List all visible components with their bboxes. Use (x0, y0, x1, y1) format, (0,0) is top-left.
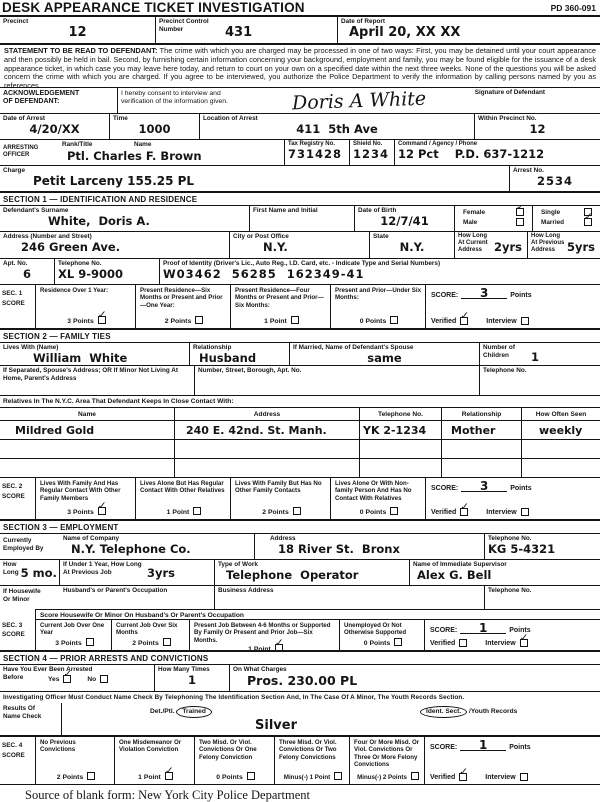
sec1-option-1-checkbox: ✓ (98, 316, 106, 324)
sec2-option-1-checkbox: ✓ (98, 507, 106, 515)
desk-appearance-ticket-form: DESK APPEARANCE TICKET INVESTIGATION PD … (0, 0, 600, 802)
sec4-option-2: One Misdemeanor Or Violation Conviction … (115, 737, 195, 784)
sec2-telephone-label: Telephone No. (483, 367, 597, 375)
sec2-option-1: Lives With Family And Has Regular Contac… (36, 478, 136, 519)
sec2-option-4-checkbox (390, 507, 398, 515)
source-note: Source of blank form: New York City Poli… (0, 785, 600, 802)
arrested-yes-checkbox: ✓ (63, 675, 71, 683)
relationship-value: Husband (199, 352, 286, 365)
relationship-cell: Relationship Husband (190, 343, 290, 365)
employer-phone-cell: Telephone No. KG 5-4321 (485, 534, 600, 559)
type-of-work-cell: Type of Work Telephone Operator (215, 560, 410, 585)
section2-family-row: Lives With (Name) William White Relation… (0, 343, 600, 366)
sec3-interview-checkbox: ✓ (520, 639, 528, 647)
business-address-cell: Business Address (215, 586, 485, 609)
relative-phone: YK 2-1234 (363, 425, 438, 437)
married-checkbox: ✓ (584, 218, 592, 226)
previous-address-duration-label: How Long At Previous Address (531, 233, 565, 257)
children-label: Number of Children (483, 344, 525, 364)
section4-arrested-row: Have You Ever Been ArrestedBefore Yes ✓ … (0, 665, 600, 692)
section4-header: SECTION 4 — PRIOR ARRESTS AND CONVICTION… (0, 652, 600, 665)
signature-label: Signature of Defendant (475, 89, 545, 96)
sec1-option-2: Present Residence—Six Months or Present … (136, 285, 231, 328)
date-of-arrest-cell: Date of Arrest 4/20/XX (0, 114, 110, 139)
relatives-name-header: Name (0, 408, 175, 420)
previous-job-cell: If Under 1 Year, How Long At Previous Jo… (60, 560, 215, 585)
how-long-cell: How Long 5 mo. (0, 560, 60, 585)
officer-name-value: Ptl. Charles F. Brown (67, 150, 281, 163)
relatives-table-header: Name Address Telephone No. Relationship … (0, 408, 600, 421)
ident-sect-circled: Ident. Sect. (420, 706, 467, 718)
how-long-label: How Long (3, 561, 19, 584)
agency-phone-value: P.D. 637-1212 (455, 148, 544, 161)
employer-phone-value: KG 5-4321 (488, 543, 597, 556)
sec2-score-label-cell: SEC. 2SCORE (0, 478, 36, 519)
charge-cell: Charge Petit Larceny 155.25 PL (0, 166, 510, 191)
arresting-officer-row: ARRESTING OFFICER Rank/Title Name Ptl. C… (0, 140, 600, 166)
precinct-value: 12 (3, 26, 152, 40)
precinct-control-value: 431 (225, 26, 252, 42)
sec3-score-value: 1 (460, 623, 506, 634)
form-title: DESK APPEARANCE TICKET INVESTIGATION (0, 0, 547, 15)
surname-cell: Defendant's Surname White, Doris A. (0, 206, 250, 231)
apt-no-cell: Apt. No. 6 (0, 259, 55, 284)
sec4-option-4-checkbox (334, 772, 342, 780)
consent-text-cell: I hereby consent to interview and verifi… (118, 88, 278, 113)
housewife-score-bar-row: Score Housewife Or Minor On Husband's Or… (0, 609, 600, 620)
sec1-option-3-checkbox (291, 316, 299, 324)
yes-label: Yes (48, 676, 59, 683)
sec2-option-3-checkbox (293, 507, 301, 515)
section3-employer-row: CurrentlyEmployed By Name of Company N.Y… (0, 534, 600, 560)
no-label: No (87, 676, 96, 683)
how-many-times-value: 1 (158, 674, 226, 687)
employer-address-value: 18 River St. Bronx (278, 543, 481, 556)
relatives-caption: Relatives In The N.Y.C. Area That Defend… (0, 396, 600, 408)
location-of-arrest-cell: Location of Arrest 411 5th Ave (200, 114, 475, 139)
section3-housewife-row: If HousewifeOr Minor Husband's or Parent… (0, 586, 600, 609)
sec1-interview-checkbox (521, 317, 529, 325)
sec1-verified-checkbox: ✓ (460, 317, 468, 325)
business-phone-cell: Telephone No. (485, 586, 600, 609)
sec2-option-3: Lives With Family But Has No Other Famil… (231, 478, 331, 519)
form-number: PD 360-091 (547, 3, 600, 15)
single-label: Single (541, 209, 560, 216)
lives-with-value: William White (33, 352, 186, 365)
section2-header: SECTION 2 — FAMILY TIES (0, 330, 600, 343)
relative-name: Mildred Gold (15, 425, 171, 437)
within-precinct-value: 12 (478, 123, 597, 136)
sec2-option-2-checkbox (193, 507, 201, 515)
charge-row: Charge Petit Larceny 155.25 PL Arrest No… (0, 166, 600, 193)
separated-address-cell: If Separated, Spouse's Address; OR If Mi… (0, 366, 195, 395)
sec4-option-3-checkbox (247, 772, 255, 780)
housewife-score-bar: Score Housewife Or Minor On Husband's Or… (36, 609, 600, 620)
married-option: Married ✓ (539, 217, 594, 227)
business-phone-label: Telephone No. (488, 587, 597, 595)
relatives-relationship-header: Relationship (442, 408, 522, 420)
arrest-no-cell: Arrest No. 2534 (510, 166, 600, 191)
proof-of-identity-value: W03462 56285 162349-41 (163, 268, 597, 281)
sec2-score-value: 3 (461, 481, 507, 492)
relative-seen: weekly (539, 425, 597, 437)
parent-occupation-label: Husband's or Parent's Occupation (63, 587, 211, 595)
relatives-address-header: Address (175, 408, 360, 420)
sec3-option-3: Present Job Between 4-6 Months or Suppor… (190, 620, 340, 650)
current-address-duration-cell: How Long At Current Address 2yrs (455, 232, 528, 258)
sec4-option-5-checkbox (411, 772, 419, 780)
dob-cell: Date of Birth 12/7/41 (355, 206, 455, 231)
sec1-label: SEC. 1 (2, 290, 22, 297)
street-borough-label: Number, Street, Borough, Apt. No. (198, 367, 476, 375)
charges-value: Pros. 230.00 PL (247, 674, 597, 688)
sec4-verified-checkbox: ✓ (459, 773, 467, 781)
relatives-phone-header: Telephone No. (360, 408, 442, 420)
relatives-row-3 (0, 459, 600, 478)
how-long-value: 5 mo. (21, 567, 57, 584)
section1-address-row: Address (Number and Street) 246 Green Av… (0, 232, 600, 259)
proof-of-identity-cell: Proof of Identity (Driver's Lic., Auto R… (160, 259, 600, 284)
address-cell: Address (Number and Street) 246 Green Av… (0, 232, 230, 258)
sec2-verified-checkbox: ✓ (460, 508, 468, 516)
female-option: Female ✓ (461, 207, 526, 217)
first-name-label: First Name and Initial (253, 207, 351, 215)
statement-lead: STATEMENT TO BE READ TO DEFENDANT: (4, 46, 157, 55)
arresting-officer-label-1: ARRESTING (3, 145, 49, 152)
street-borough-cell: Number, Street, Borough, Apt. No. (195, 366, 480, 395)
section3-header: SECTION 3 — EMPLOYMENT (0, 521, 600, 534)
children-cell: Number of Children 1 (480, 343, 600, 365)
time-cell: Time 1000 (110, 114, 200, 139)
currently-employed-label-cell: CurrentlyEmployed By (0, 534, 60, 559)
acknowledgement-label-2: OF DEFENDANT: (3, 98, 114, 106)
sec4-interview-checkbox (520, 773, 528, 781)
time-value: 1000 (113, 123, 196, 136)
sec4-score-cell: SCORE:1Points Verified ✓ Interview (425, 737, 600, 784)
precinct-cell: Precinct 12 (0, 17, 156, 43)
precinct-control-label: Precinct Control Number (159, 18, 217, 42)
sec3-option-3-checkbox: ✓ (275, 644, 283, 652)
arrested-no-checkbox (100, 675, 108, 683)
date-of-report-value: April 20, XX XX (349, 26, 597, 40)
male-checkbox (516, 218, 524, 226)
supervisor-value: Alex G. Bell (417, 569, 597, 582)
section3-job-row: How Long 5 mo. If Under 1 Year, How Long… (0, 560, 600, 586)
charges-cell: On What Charges Pros. 230.00 PL (230, 665, 600, 691)
within-precinct-cell: Within Precinct No. 12 (475, 114, 600, 139)
sec4-option-4: Three Misd. Or Viol. Convictions Or Two … (275, 737, 350, 784)
sec3-option-1: Current Job Over One Year 3 Points (36, 620, 112, 650)
results-label-cell: Results OfName Check (0, 703, 62, 735)
city-value: N.Y. (263, 241, 366, 254)
business-address-label: Business Address (218, 587, 481, 595)
relative-address: 240 E. 42nd. St. Manh. (186, 425, 356, 437)
spouse-name-value: same (293, 352, 476, 365)
section1-name-row: Defendant's Surname White, Doris A. Firs… (0, 206, 600, 232)
signature-cell: Signature of Defendant Doris A White (278, 88, 600, 113)
sec1-option-4-checkbox (390, 316, 398, 324)
sec2-option-2: Lives Alone But Has Regular Contact With… (136, 478, 231, 519)
name-check-result-value: Silver (255, 719, 297, 733)
sec1-option-4: Present and Prior—Under Six Months: 0 Po… (331, 285, 426, 328)
sec4-option-5: Four Or More Misd. Or Viol. Convictions … (350, 737, 425, 784)
employer-address-cell: Address 18 River St. Bronx (255, 534, 485, 559)
first-name-cell: First Name and Initial (250, 206, 355, 231)
charge-value: Petit Larceny 155.25 PL (33, 175, 506, 188)
separated-address-label: If Separated, Spouse's Address; OR If Mi… (3, 367, 191, 382)
sec4-score-value: 1 (460, 740, 506, 751)
rank-title-label: Rank/Title (62, 141, 92, 148)
section1-identity-row: Apt. No. 6 Telephone No. XL 9-9000 Proof… (0, 259, 600, 285)
section2-score-row: SEC. 2SCORE Lives With Family And Has Re… (0, 478, 600, 521)
previous-job-value: 3yrs (147, 567, 175, 584)
previous-address-duration-cell: How Long At Previous Address 5yrs (528, 232, 600, 258)
det-ptl-label: Det./Ptl. Trained (150, 706, 212, 718)
arrest-info-row: Date of Arrest 4/20/XX Time 1000 Locatio… (0, 114, 600, 140)
sec1-score-label-cell: SEC. 1 SCORE (0, 285, 36, 328)
shield-no-value: 1234 (353, 148, 391, 161)
previous-job-label: If Under 1 Year, How Long At Previous Jo… (63, 561, 143, 584)
previous-address-duration-value: 5yrs (567, 241, 595, 257)
sec3-score-cell: SCORE:1Points Verified Interview ✓ (425, 620, 600, 650)
sec2-telephone-cell: Telephone No. (480, 366, 600, 395)
female-label: Female (463, 209, 485, 216)
apt-no-value: 6 (3, 268, 51, 281)
sec3-option-4-checkbox (394, 638, 402, 646)
sec1-option-2-checkbox (195, 316, 203, 324)
sec4-option-2-checkbox: ✓ (165, 772, 173, 780)
supervisor-cell: Name of Immediate Supervisor Alex G. Bel… (410, 560, 600, 585)
sec1-option-3: Present Residence—Four Months or Present… (231, 285, 331, 328)
company-cell: Name of Company N.Y. Telephone Co. (60, 534, 255, 559)
date-of-arrest-value: 4/20/XX (3, 123, 106, 136)
sec3-option-4: Unemployed Or Not Otherwise Supported 0 … (340, 620, 425, 650)
arrest-no-value: 2534 (513, 175, 597, 188)
shield-no-cell: Shield No. 1234 (350, 140, 395, 165)
officer-name-cell: Rank/Title Name Ptl. Charles F. Brown (52, 140, 285, 165)
command-value: 12 Pct (398, 148, 439, 161)
state-cell: State N.Y. (370, 232, 455, 258)
precinct-control-cell: Precinct Control Number 431 (156, 17, 338, 43)
section2-separated-row: If Separated, Spouse's Address; OR If Mi… (0, 366, 600, 396)
how-many-times-cell: How Many Times 1 (155, 665, 230, 691)
current-address-duration-label: How Long At Current Address (458, 233, 492, 257)
ident-sect-label: Ident. Sect. /Youth Records (420, 706, 517, 718)
sec1-score-word: SCORE (2, 300, 25, 307)
arrested-before-cell: Have You Ever Been ArrestedBefore Yes ✓ … (0, 665, 155, 691)
marital-cell: Single Married ✓ (533, 206, 600, 231)
name-label: Name (134, 141, 151, 148)
command-agency-cell: Command / Agency / Phone 12 Pct P.D. 637… (395, 140, 600, 165)
married-label: Married (541, 219, 564, 226)
title-bar: DESK APPEARANCE TICKET INVESTIGATION PD … (0, 0, 600, 17)
current-address-duration-value: 2yrs (494, 241, 522, 257)
consent-line-1: I hereby consent to interview and (121, 90, 275, 98)
lives-with-cell: Lives With (Name) William White (0, 343, 190, 365)
telephone-cell: Telephone No. XL 9-9000 (55, 259, 160, 284)
male-option: Male (461, 217, 526, 227)
relatives-seen-header: How Often Seen (522, 408, 600, 420)
investigating-officer-note: Investigating Officer Must Conduct Name … (0, 692, 600, 703)
sec3-option-2: Current Job Over Six Months 2 Points (112, 620, 190, 650)
telephone-value: XL 9-9000 (58, 268, 156, 281)
sec4-option-1-checkbox (87, 772, 95, 780)
date-of-report-cell: Date of Report April 20, XX XX (338, 17, 600, 43)
parent-occupation-cell: Husband's or Parent's Occupation (60, 586, 215, 609)
address-value: 246 Green Ave. (21, 241, 226, 254)
housewife-score-spacer (0, 609, 36, 620)
sec2-option-4: Lives Alone Or With Non-family Person An… (331, 478, 426, 519)
state-value: N.Y. (373, 241, 451, 254)
relatives-row-1: Mildred Gold 240 E. 42nd. St. Manh. YK 2… (0, 421, 600, 440)
trained-circled: Trained (176, 706, 211, 718)
surname-value: White, Doris A. (48, 215, 246, 228)
section4-score-row: SEC. 4SCORE No Previous Convictions 2 Po… (0, 737, 600, 785)
if-housewife-label-cell: If HousewifeOr Minor (0, 586, 60, 609)
sec4-score-label-cell: SEC. 4SCORE (0, 737, 36, 784)
sec3-option-2-checkbox (163, 638, 171, 646)
acknowledgement-row: ACKNOWLEDGEMENT OF DEFENDANT: I hereby c… (0, 88, 600, 114)
arresting-officer-label-2: OFFICER (3, 152, 49, 159)
relative-relationship: Mother (451, 425, 518, 437)
sex-cell: Female ✓ Male (455, 206, 533, 231)
tax-registry-cell: Tax Registry No. 731428 (285, 140, 350, 165)
sec1-option-1: Residence Over 1 Year: 3 Points✓ (36, 285, 136, 328)
tax-registry-value: 731428 (288, 148, 346, 161)
section3-score-row: SEC. 3SCORE Current Job Over One Year 3 … (0, 620, 600, 652)
report-header-row: Precinct 12 Precinct Control Number 431 … (0, 17, 600, 45)
company-value: N.Y. Telephone Co. (71, 543, 251, 556)
consent-line-2: verification of the information given. (121, 98, 275, 106)
spouse-name-cell: If Married, Name of Defendant's Spouse s… (290, 343, 480, 365)
statement-row: STATEMENT TO BE READ TO DEFENDANT: The c… (0, 45, 600, 88)
sec3-option-1-checkbox (86, 638, 94, 646)
sec1-score-cell: SCORE:3Points Verified ✓ Interview (426, 285, 600, 328)
sec4-option-1: No Previous Convictions 2 Points (36, 737, 115, 784)
city-cell: City or Post Office N.Y. (230, 232, 370, 258)
female-checkbox: ✓ (516, 208, 524, 216)
sec3-score-label-cell: SEC. 3SCORE (0, 620, 36, 650)
relatives-row-2 (0, 440, 600, 459)
section1-header: SECTION 1 — IDENTIFICATION AND RESIDENCE (0, 193, 600, 206)
arresting-officer-label-cell: ARRESTING OFFICER (0, 140, 52, 165)
type-of-work-value: Telephone Operator (226, 569, 406, 582)
sec2-interview-checkbox (521, 508, 529, 516)
sec4-option-3: Two Misd. Or Viol. Convictions Or One Fe… (195, 737, 275, 784)
children-value: 1 (531, 351, 539, 364)
acknowledgement-label-1: ACKNOWLEDGEMENT (3, 90, 114, 98)
dob-value: 12/7/41 (358, 215, 451, 228)
sec1-score-value: 3 (461, 288, 507, 299)
defendant-signature: Doris A White (292, 90, 427, 113)
location-of-arrest-value: 411 5th Ave (203, 123, 471, 136)
city-label: City or Post Office (233, 233, 366, 241)
male-label: Male (463, 219, 477, 226)
sec3-verified-checkbox (459, 639, 467, 647)
name-check-results-row: Results OfName Check Det./Ptl. Trained I… (0, 703, 600, 737)
sec2-score-cell: SCORE:3Points Verified ✓ Interview (426, 478, 600, 519)
section1-score-row: SEC. 1 SCORE Residence Over 1 Year: 3 Po… (0, 285, 600, 330)
statement-paragraph: STATEMENT TO BE READ TO DEFENDANT: The c… (0, 45, 600, 87)
acknowledgement-label-cell: ACKNOWLEDGEMENT OF DEFENDANT: (0, 88, 118, 113)
